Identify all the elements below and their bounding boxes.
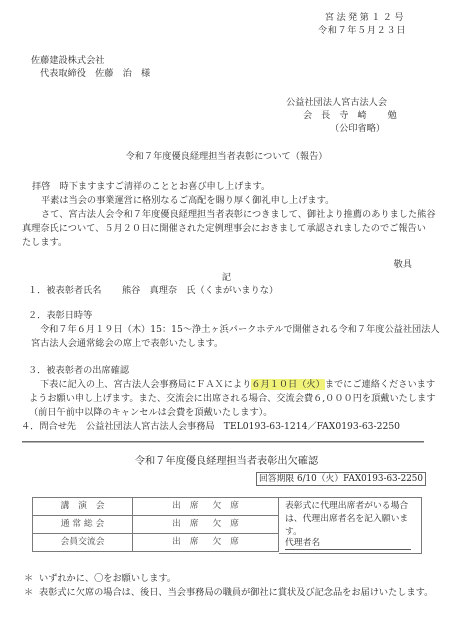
absent-option[interactable]: 欠 席 [212, 537, 238, 548]
addressee-representative: 代表取締役 佐藤 治 様 [40, 68, 150, 79]
proxy-note: 表彰式に代理出席者がいる場合は、代理出席者名を記入願います。 [285, 500, 419, 538]
body-greeting: 拝啓 時下ますますご清祥のこととお喜び申し上げます。 [32, 181, 270, 192]
item-2-line-1: 令和７年６月１９日（木）15：15～浄土ヶ浜パークホテルで開催される令和７年度公… [40, 324, 440, 335]
sender-name: 会 長 寺 崎 勉 [303, 110, 400, 121]
document-title: 令和７年度優良経理担当者表彰について（報告） [0, 151, 453, 162]
deadline-highlight: ６月１０日（火） [251, 379, 325, 390]
item-4-value: 公益社団法人宮古法人会事務局 TEL0193-63-1214／FAX0193-6… [86, 421, 400, 432]
form-title: 令和７年度優良経理担当者表彰出欠確認 [0, 456, 453, 468]
note-2: ＊表彰式に欠席の場合は、後日、当会事務局の職員が御社に賞状及び記念品をお届けいた… [24, 587, 433, 598]
proxy-box: 表彰式に代理出席者がいる場合は、代理出席者名を記入願います。 代理者名 [279, 497, 422, 554]
asterisk-icon: ＊ [24, 573, 39, 584]
attendance-choice[interactable]: 出 席 欠 席 [133, 516, 279, 534]
event-label: 会員交流会 [33, 534, 133, 552]
ki-heading: 記 [0, 272, 453, 283]
event-label: 講 演 会 [33, 498, 133, 516]
document-number: 宮法発第１２号 [325, 12, 406, 23]
item-1-label: １．被表彰者氏名 [28, 285, 102, 296]
item-3-text-after: までにご連絡くださいます [325, 379, 435, 390]
note-1: ＊いずれかに、〇をお願いします。 [24, 573, 176, 584]
attend-option[interactable]: 出 席 [172, 537, 198, 548]
item-2-line-2: 宮古法人会通常総会の席上で表彰いたします。 [31, 338, 223, 349]
section-divider [22, 441, 424, 443]
proxy-name-field[interactable]: 代理者名 [285, 538, 411, 550]
item-2-label: ２．表彰日時等 [28, 310, 92, 321]
absent-option[interactable]: 欠 席 [212, 501, 238, 512]
seal-omitted-note: （公印省略） [330, 123, 385, 134]
attendance-table: 講 演 会 出 席 欠 席 通 常 総 会 出 席 欠 席 会員交流会 出 席 … [32, 497, 279, 552]
absent-option[interactable]: 欠 席 [212, 519, 238, 530]
attend-option[interactable]: 出 席 [172, 519, 198, 530]
asterisk-icon: ＊ [24, 587, 39, 598]
note-2-text: 表彰式に欠席の場合は、後日、当会事務局の職員が御社に賞状及び記念品をお届けいたし… [39, 587, 433, 598]
body-line-2: 平素は当会の事業運営に格別なるご高配を賜り厚く御礼申し上げます。 [41, 195, 334, 206]
reply-deadline-box: 回答期限 6/10（火）FAX0193-63-2250 [256, 472, 426, 486]
item-3-label: ３．被表彰者の出席確認 [28, 365, 129, 376]
closing-keigu: 敬具 [394, 259, 412, 270]
item-1-value: 熊谷 真理奈 氏（くまがいまりな） [122, 285, 278, 296]
body-line-5: たします。 [22, 237, 67, 248]
table-row: 講 演 会 出 席 欠 席 [33, 498, 279, 516]
proxy-name-label: 代理者名 [285, 538, 320, 548]
document-date: 令和７年５月２３日 [318, 25, 406, 36]
item-3-line-1: 下表に記入の上、宮古法人会事務局にＦＡＸにより６月１０日（火）までにご連絡くださ… [40, 379, 435, 390]
attendance-choice[interactable]: 出 席 欠 席 [133, 534, 279, 552]
item-3-text-before: 下表に記入の上、宮古法人会事務局にＦＡＸにより [40, 379, 251, 390]
addressee-company: 佐藤建設株式会社 [31, 55, 105, 66]
item-3-line-2: ようお願い申し上げます。また、交流会に出席される場合、交流会費６,０００円を頂戴… [29, 393, 435, 404]
sender-organization: 公益社団法人宮古法人会 [286, 97, 387, 108]
note-1-text: いずれかに、〇をお願いします。 [39, 573, 176, 584]
body-line-4: 真理奈氏について、５月２０日に開催された定例理事会におきまして承認されましたので… [22, 223, 426, 234]
item-3-line-3: （前日午前中以降のキャンセルは会費を頂戴いたします）。 [29, 407, 272, 418]
table-row: 通 常 総 会 出 席 欠 席 [33, 516, 279, 534]
attend-option[interactable]: 出 席 [172, 501, 198, 512]
item-4-label: ４．問合せ先 [21, 421, 76, 432]
body-line-3: さて、宮古法人会令和７年度優良経理担当者表彰につきまして、御社より推薦のありまし… [41, 209, 436, 220]
attendance-choice[interactable]: 出 席 欠 席 [133, 498, 279, 516]
event-label: 通 常 総 会 [33, 516, 133, 534]
table-row: 会員交流会 出 席 欠 席 [33, 534, 279, 552]
